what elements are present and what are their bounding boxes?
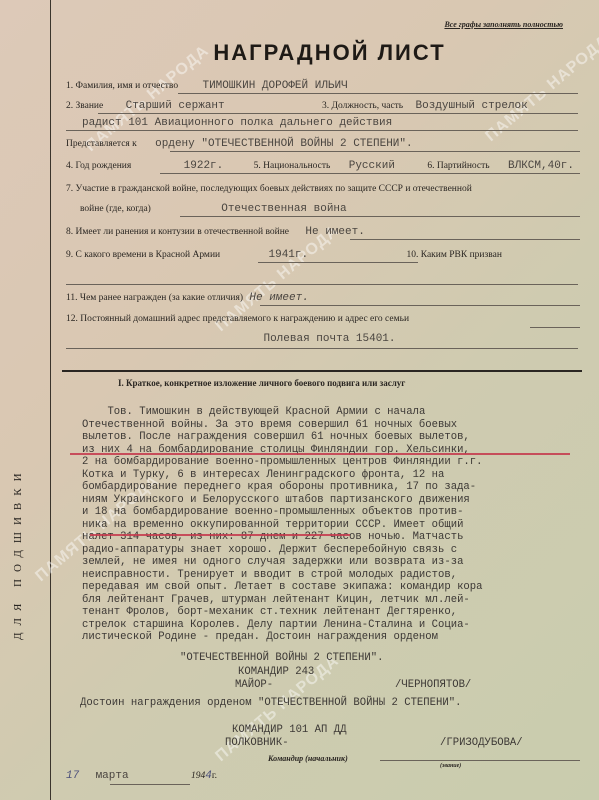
field-value: Русский: [349, 160, 395, 172]
field-wounds: 8. Имеет ли ранения и контузии в отечест…: [66, 226, 365, 238]
date-g: г.: [212, 771, 217, 781]
field-label: 9. С какого времени в Красной Армии: [66, 250, 220, 260]
field-full-name: 1. Фамилия, имя и отчество ТИМОШКИН ДОРО…: [66, 80, 348, 92]
field-value: 1941г.: [269, 249, 309, 261]
field-label: 12. Постоянный домашний адрес представля…: [66, 314, 409, 324]
binding-label: ДЛЯ ПОДШИВКИ: [12, 466, 24, 640]
red-underline: [90, 534, 350, 536]
section-divider: [62, 370, 582, 372]
field-participation-cont: войне (где, когда) Отечественная война: [80, 203, 347, 215]
field-value: Старший сержант: [126, 100, 225, 112]
field-position-cont: радист 101 Авиационного полка дальнего д…: [82, 117, 392, 129]
field-label: 6. Партийность: [427, 161, 489, 171]
field-value: Полевая почта 15401.: [263, 333, 395, 345]
instruction-note: Все графы заполнять полностью: [444, 20, 563, 29]
field-label: 11. Чем ранее награжден (за какие отличи…: [66, 293, 243, 303]
field-prior-awards: 11. Чем ранее награжден (за какие отличи…: [66, 292, 309, 304]
field-address: 12. Постоянный домашний адрес представля…: [66, 314, 409, 324]
field-value: Воздушный стрелок: [416, 100, 528, 112]
recommendation-line: "ОТЕЧЕСТВЕННОЙ ВОЙНЫ 2 СТЕПЕНИ".: [180, 652, 383, 664]
binding-margin: [0, 0, 51, 800]
resolution-line: Достоин награждения орденом "ОТЕЧЕСТВЕНН…: [80, 697, 461, 709]
date-line: 17 марта 1944г.: [66, 770, 217, 782]
field-value: ВЛКСМ,40г.: [508, 160, 574, 172]
field-participation: 7. Участие в гражданской войне, последую…: [66, 184, 472, 194]
field-label: Представляется к: [66, 139, 137, 149]
rank-caption: (звание): [440, 763, 461, 769]
field-value: 1922г.: [184, 160, 224, 172]
document-title: НАГРАДНОЙ ЛИСТ: [0, 40, 599, 66]
commander1-rank: МАЙОР-: [235, 679, 273, 691]
date-month: марта: [96, 770, 129, 782]
signature-caption: Командир (начальник): [268, 754, 348, 763]
field-value: Не имеет.: [249, 292, 308, 304]
commander1-name: /ЧЕРНОПЯТОВ/: [395, 679, 471, 691]
field-label: 5. Национальность: [254, 161, 331, 171]
field-value: ТИМОШКИН ДОРОФЕЙ ИЛЬИЧ: [202, 80, 347, 92]
narrative-text: Тов. Тимошкин в действующей Красной Арми…: [82, 406, 587, 644]
date-year: 194: [191, 771, 205, 781]
field-rank: 2. Звание Старший сержант 3. Должность, …: [66, 100, 528, 112]
date-day: 17: [66, 770, 79, 782]
section-title: I. Краткое, конкретное изложение личного…: [118, 378, 405, 388]
field-label: 8. Имеет ли ранения и контузии в отечест…: [66, 227, 289, 237]
field-army-since: 9. С какого времени в Красной Армии 1941…: [66, 249, 502, 261]
field-label: 4. Год рождения: [66, 161, 131, 171]
field-value: Отечественная война: [221, 203, 346, 215]
commander2-rank: ПОЛКОВНИК-: [225, 737, 289, 749]
field-label: 2. Звание: [66, 101, 103, 111]
field-label: войне (где, когда): [80, 204, 151, 214]
field-birth-nation-party: 4. Год рождения 1922г. 5. Национальность…: [66, 160, 574, 172]
commander2-name: /ГРИЗОДУБОВА/: [440, 737, 523, 749]
red-underline: [70, 453, 570, 455]
date-year-suffix: 4: [205, 770, 212, 782]
field-value: Не имеет.: [305, 226, 364, 238]
field-label: 7. Участие в гражданской войне, последую…: [66, 184, 472, 194]
field-address-value: Полевая почта 15401.: [0, 333, 599, 345]
commander1-title: КОМАНДИР 243: [238, 666, 314, 678]
field-value: ордену "ОТЕЧЕСТВЕННОЙ ВОЙНЫ 2 СТЕПЕНИ".: [155, 138, 412, 150]
field-label: 1. Фамилия, имя и отчество: [66, 81, 178, 91]
field-label: 3. Должность, часть: [322, 101, 403, 111]
commander2-title: КОМАНДИР 101 АП ДД: [232, 724, 346, 736]
field-label: 10. Каким РВК призван: [406, 250, 501, 260]
field-award: Представляется к ордену "ОТЕЧЕСТВЕННОЙ В…: [66, 138, 413, 150]
field-value: радист 101 Авиационного полка дальнего д…: [82, 117, 392, 129]
